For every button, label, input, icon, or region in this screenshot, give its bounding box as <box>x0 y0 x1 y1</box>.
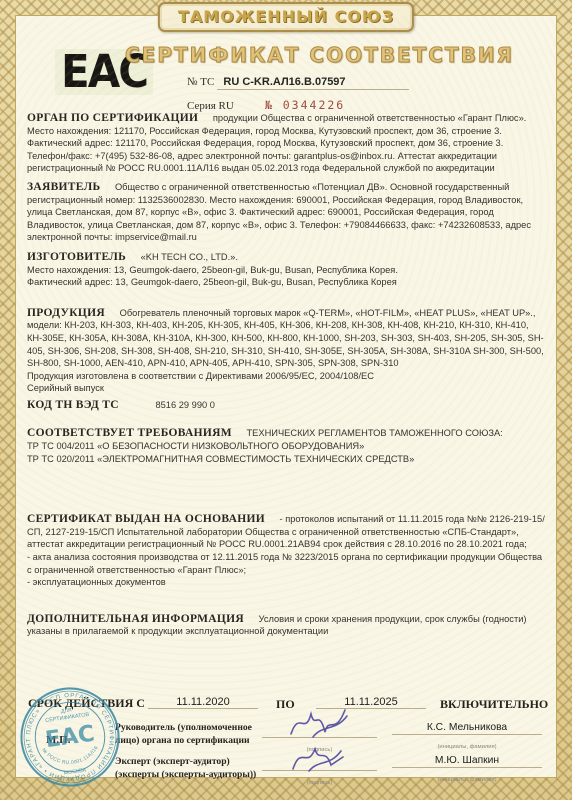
section-tnved-code-heading: КОД ТН ВЭД ТС <box>27 399 119 411</box>
signer-name-head: К.С. Мельникова <box>392 722 542 735</box>
signer-role-expert: Эксперт (эксперт-аудитор) (эксперты (экс… <box>115 756 275 781</box>
series-label: Серия RU <box>187 100 234 112</box>
certificate-title: СЕРТИФИКАТ СООТВЕТСТВИЯ <box>125 43 475 67</box>
section-compliance-reg1: ТР ТС 004/2011 «О БЕЗОПАСНОСТИ НИЗКОВОЛЬ… <box>27 440 547 453</box>
validity-from-date: 11.11.2020 <box>148 696 258 709</box>
section-manufacturer-heading: ИЗГОТОВИТЕЛЬ <box>27 251 126 263</box>
certificate-content: ОРГАН ПО СЕРТИФИКАЦИИ продукции Общества… <box>27 112 547 638</box>
series-number: № 0344226 <box>265 98 345 112</box>
certification-stamp: ОРГАН ПО СЕРТИФИКАЦИИ ПРОДУКЦИИ • «ГАРАН… <box>18 685 122 789</box>
section-manufacturer-name: «KH TECH CO., LTD.». <box>141 252 238 262</box>
section-issued-basis-line1: - акта анализа состояния производства от… <box>27 551 547 576</box>
section-certification-body: ОРГАН ПО СЕРТИФИКАЦИИ продукции Общества… <box>27 112 547 175</box>
signer-role-head: Руководитель (уполномоченное лицо) орган… <box>115 722 275 747</box>
certificate-page: ТАМОЖЕННЫЙ СОЮЗ EAC СЕРТИФИКАТ СООТВЕТСТ… <box>0 0 572 800</box>
section-additional-info-heading: ДОПОЛНИТЕЛЬНАЯ ИНФОРМАЦИЯ <box>27 613 244 625</box>
section-issued-basis: СЕРТИФИКАТ ВЫДАН НА ОСНОВАНИИ - протокол… <box>27 513 547 589</box>
cert-number-label: № ТС <box>187 76 214 88</box>
section-products: ПРОДУКЦИЯ Обогреватель пленочный торговы… <box>27 307 547 395</box>
signature-scribble-icon <box>285 706 355 740</box>
section-applicant-heading: ЗАЯВИТЕЛЬ <box>27 181 100 193</box>
section-products-heading: ПРОДУКЦИЯ <box>27 307 105 319</box>
signature-line <box>262 736 377 738</box>
series-row: Серия RU № 0344226 <box>187 98 345 112</box>
stamp-eac-logo: ЕАС <box>44 721 96 754</box>
section-compliance-text: ТЕХНИЧЕСКИХ РЕГЛАМЕНТОВ ТАМОЖЕННОГО СОЮЗ… <box>246 428 502 438</box>
section-manufacturer-line: Фактический адрес: 13, Geumgok-daero, 25… <box>27 276 547 289</box>
cert-number-row: № ТС RU C-KR.АЛ16.В.07597 <box>187 76 409 90</box>
signature-caption: (подпись) <box>307 780 333 786</box>
signature-block-expert: (подпись) <box>262 743 377 789</box>
section-issued-basis-line2: - эксплуатационных документов <box>27 576 547 589</box>
customs-union-badge: ТАМОЖЕННЫЙ СОЮЗ <box>158 2 414 32</box>
certificate-body: ТАМОЖЕННЫЙ СОЮЗ EAC СЕРТИФИКАТ СООТВЕТСТ… <box>15 15 557 778</box>
section-tnved-code-value: 8516 29 990 0 <box>155 400 214 410</box>
signer-name-caption: (инициалы, фамилия) <box>437 777 496 783</box>
signer-name-caption: (инициалы, фамилия) <box>437 744 496 750</box>
section-compliance-reg2: ТР ТС 020/2011 «ЭЛЕКТРОМАГНИТНАЯ СОВМЕСТ… <box>27 453 547 466</box>
signer-name-block-expert: М.Ю. Шапкин (инициалы, фамилия) <box>392 755 542 786</box>
section-tnved-code: КОД ТН ВЭД ТС 8516 29 990 0 <box>27 399 547 412</box>
section-applicant-text: Общество с ограниченной ответственностью… <box>27 182 531 242</box>
section-issued-basis-heading: СЕРТИФИКАТ ВЫДАН НА ОСНОВАНИИ <box>27 513 265 525</box>
signature-line <box>262 769 377 771</box>
section-manufacturer-line: Место нахождения: 13, Geumgok-daero, 25b… <box>27 264 547 277</box>
section-products-serial: Серийный выпуск <box>27 382 547 395</box>
section-compliance: СООТВЕТСТВУЕТ ТРЕБОВАНИЯМ ТЕХНИЧЕСКИХ РЕ… <box>27 427 547 465</box>
validity-inclusive-label: ВКЛЮЧИТЕЛЬНО <box>440 697 548 712</box>
section-compliance-heading: СООТВЕТСТВУЕТ ТРЕБОВАНИЯМ <box>27 427 232 439</box>
section-applicant: ЗАЯВИТЕЛЬ Общество с ограниченной ответс… <box>27 181 547 244</box>
section-additional-info: ДОПОЛНИТЕЛЬНАЯ ИНФОРМАЦИЯ Условия и срок… <box>27 613 547 638</box>
signer-name-block-head: К.С. Мельникова (инициалы, фамилия) <box>392 722 542 753</box>
section-manufacturer: ИЗГОТОВИТЕЛЬ «KH TECH CO., LTD.». Место … <box>27 251 547 289</box>
section-certification-body-heading: ОРГАН ПО СЕРТИФИКАЦИИ <box>27 112 198 124</box>
cert-number-value: RU C-KR.АЛ16.В.07597 <box>217 76 409 90</box>
section-products-directives: Продукция изготовлена в соответствии с Д… <box>27 370 547 383</box>
signer-name-expert: М.Ю. Шапкин <box>392 755 542 768</box>
